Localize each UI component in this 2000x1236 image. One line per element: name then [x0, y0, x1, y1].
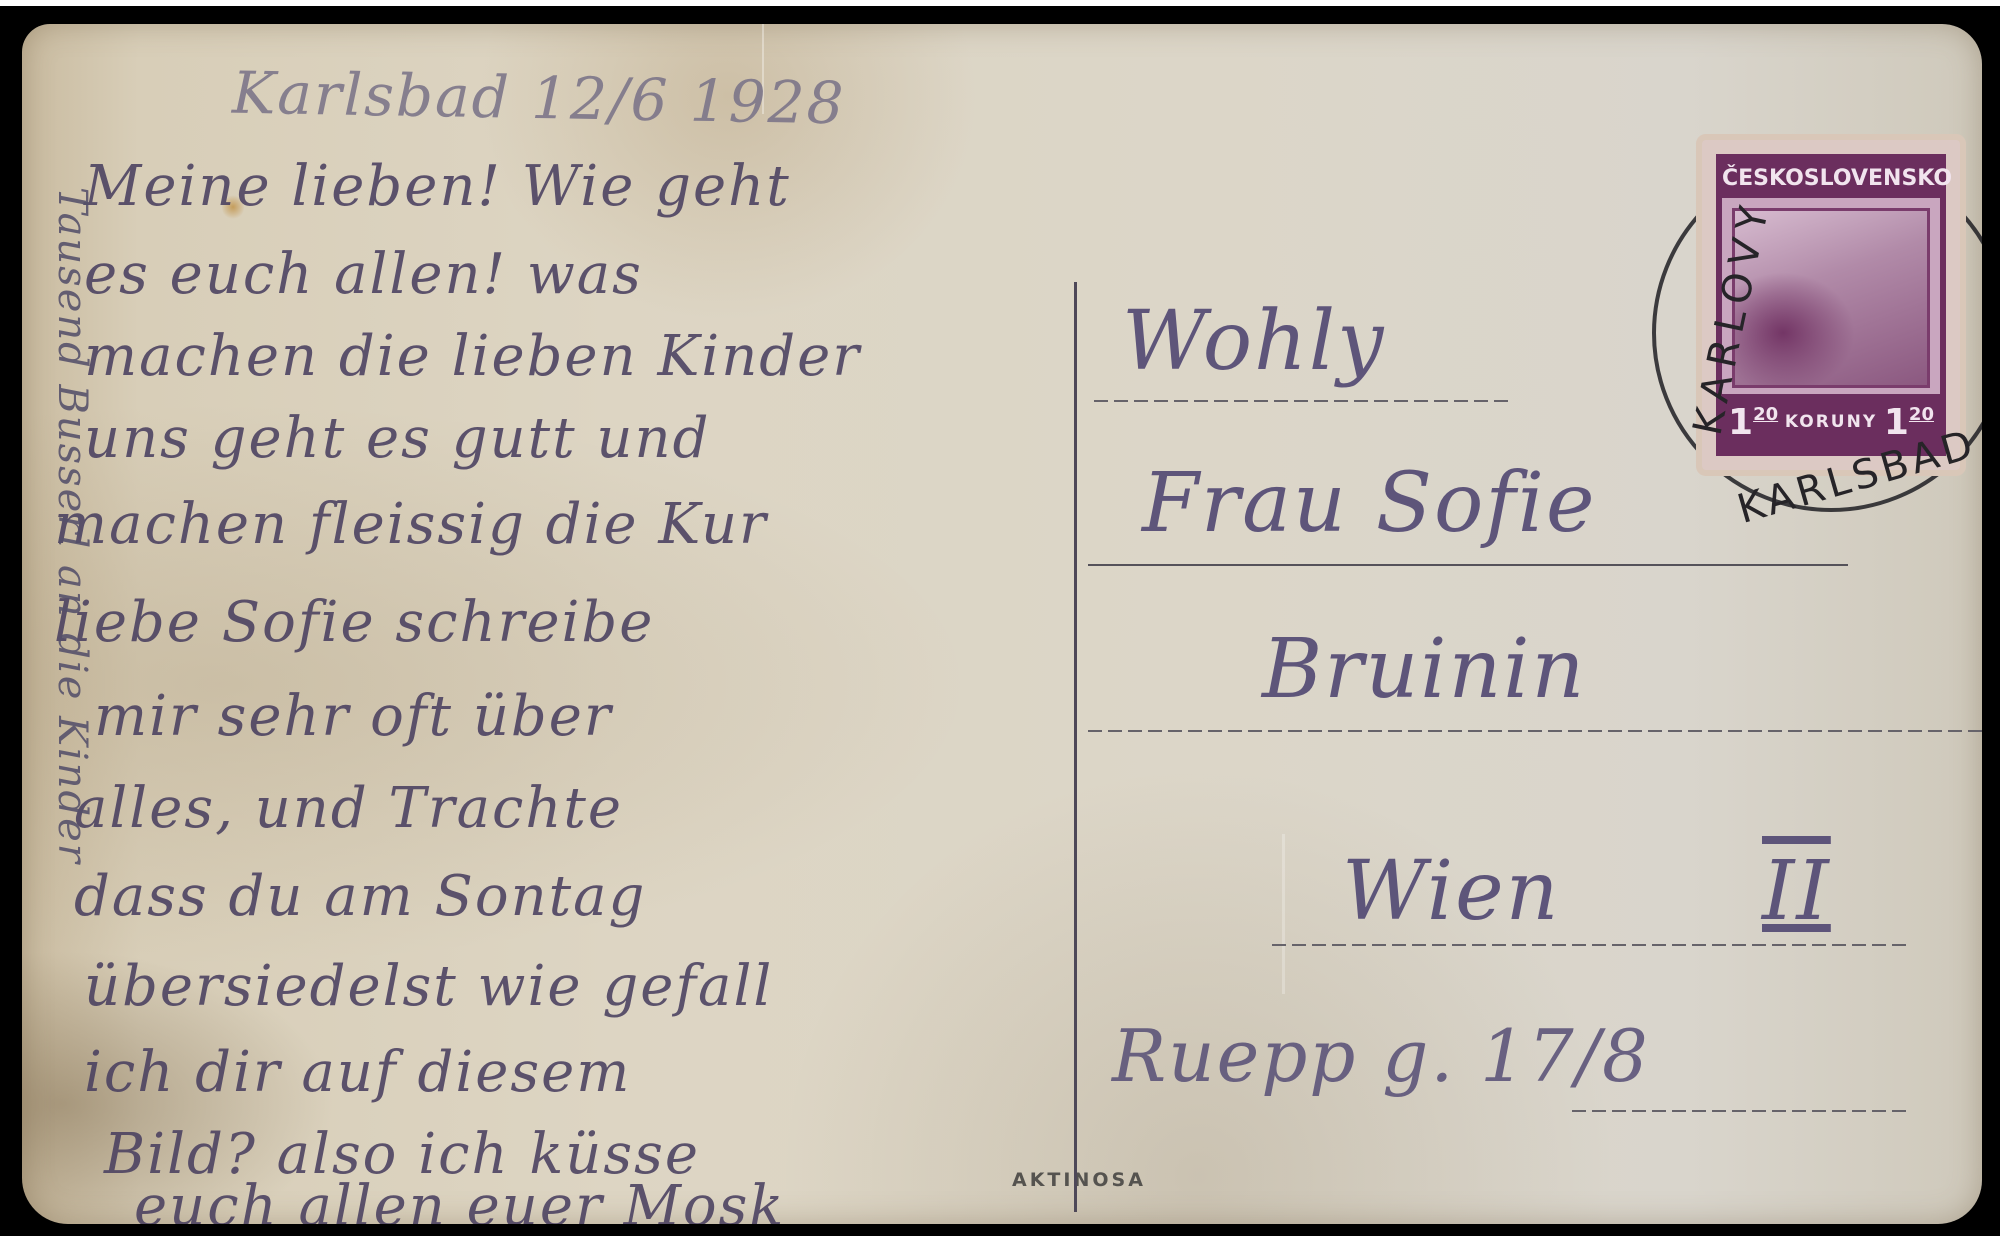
address-guide-line	[1272, 944, 1912, 946]
message-line: mir sehr oft über	[94, 684, 613, 749]
address-city: Wien	[1342, 844, 1560, 939]
address-divider	[1074, 282, 1077, 1212]
address-district: II	[1762, 844, 1831, 939]
message-line: Meine lieben! Wie geht	[84, 154, 791, 219]
address-line-2: Frau Sofie	[1142, 456, 1597, 551]
stamp-currency: KORUNY	[1785, 412, 1877, 432]
date-line: Karlsbad 12/6 1928	[231, 59, 846, 138]
stamp-country: ČESKOSLOVENSKO	[1722, 160, 1940, 198]
address-line-3: Bruinin	[1262, 622, 1586, 717]
message-line: es euch allen! was	[84, 242, 643, 307]
address-guide-line	[1572, 1110, 1912, 1112]
message-line: uns geht es gutt und	[84, 406, 710, 471]
message-line: übersiedelst wie gefall	[84, 954, 773, 1019]
fold-mark	[1282, 834, 1285, 994]
message-line: ich dir auf diesem	[84, 1040, 631, 1105]
address-guide-line	[1088, 730, 1982, 732]
address-guide-line	[1088, 564, 1848, 566]
message-line: machen die lieben Kinder	[84, 324, 861, 389]
top-border	[0, 0, 2000, 6]
address-street: Ruepp g. 17/8	[1112, 1014, 1650, 1098]
message-line: machen fleissig die Kur	[54, 492, 768, 557]
message-line: euch allen euer Mosk	[134, 1174, 785, 1224]
address-line-1: Wohly	[1122, 294, 1385, 389]
side-note: Tausend Busserl an die Kinder	[49, 187, 95, 747]
address-guide-line	[1094, 400, 1514, 402]
message-line: alles, und Trachte	[74, 776, 623, 841]
message-line: liebe Sofie schreibe	[54, 590, 654, 655]
printer-mark: AKTINOSA	[1012, 1169, 1146, 1191]
message-line: dass du am Sontag	[74, 864, 646, 929]
postcard: Karlsbad 12/6 1928 Meine lieben! Wie geh…	[22, 24, 1982, 1224]
